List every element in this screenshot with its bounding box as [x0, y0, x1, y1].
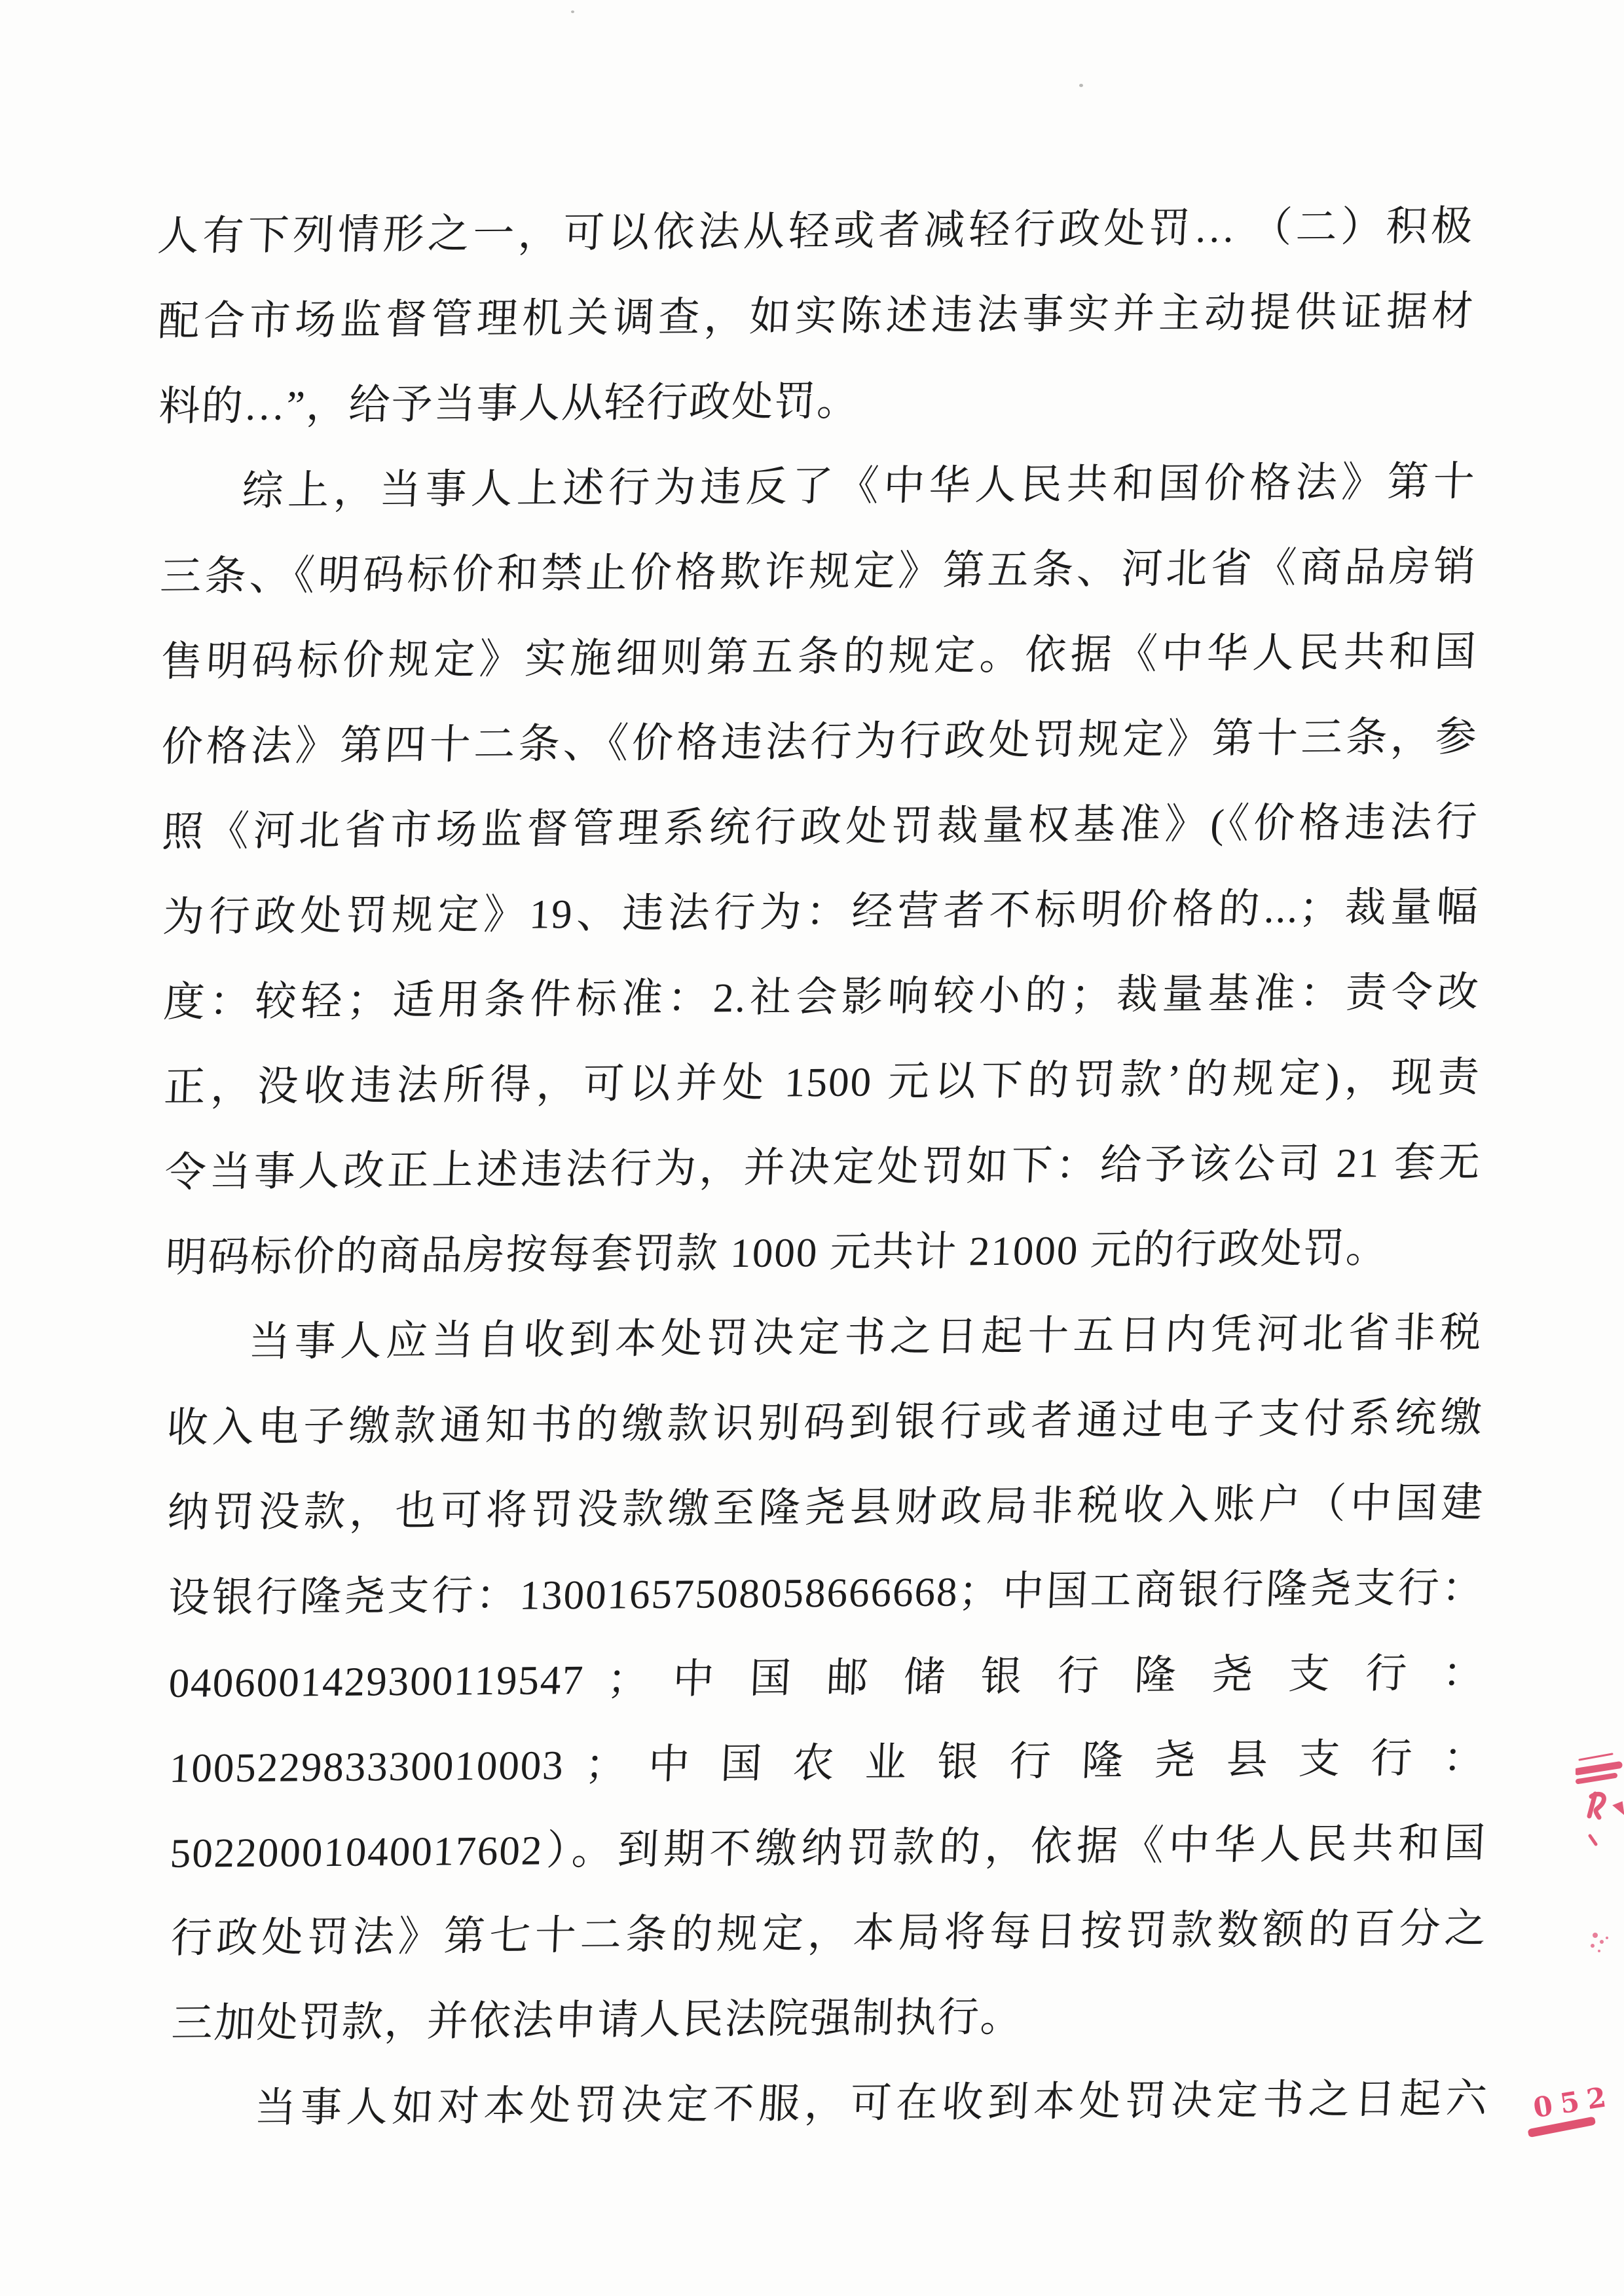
text-line: 度：较轻；适用条件标准：2.社会影响较小的；裁量基准：责令改: [162, 949, 1482, 1045]
scan-speck: [571, 10, 574, 13]
text-line: 0406001429300119547 ； 中 国 邮 储 银 行 隆 尧 支 …: [167, 1630, 1487, 1726]
page-number-stamp: 052: [1531, 2079, 1622, 2136]
text-line: 价格法》第四十二条、《价格违法行为行政处罚规定》第十三条，参: [160, 694, 1480, 790]
page-number: 052: [1531, 2079, 1620, 2124]
text-line: 正，没收违法所得，可以并处 1500 元以下的罚款’的规定)，现责: [162, 1034, 1483, 1130]
text-line: 设银行隆尧支行：13001657508058666668；中国工商银行隆尧支行：: [166, 1545, 1486, 1641]
text-line: 综上，当事人上述行为违反了《中华人民共和国价格法》第十: [158, 439, 1478, 534]
text-line: 收入电子缴款通知书的缴款识别码到银行或者通过电子支付系统缴: [165, 1375, 1485, 1470]
text-line: 为行政处罚规定》19、违法行为：经营者不标明价格的...；裁量幅: [161, 864, 1481, 960]
text-line: 明码标价的商品房按每套罚款 1000 元共计 21000 元的行政处罚。: [164, 1205, 1484, 1300]
text-line: 售明码标价规定》实施细则第五条的规定。依据《中华人民共和国: [159, 609, 1479, 704]
text-line: 当事人如对本处罚决定不服，可在收到本处罚决定书之日起六: [170, 2056, 1490, 2151]
text-line: 令当事人改正上述违法行为，并决定处罚如下：给予该公司 21 套无: [163, 1120, 1483, 1215]
text-line: 三条、《明码标价和禁止价格欺诈规定》第五条、河北省《商品房销: [158, 524, 1479, 619]
text-line: 行政处罚法》第七十二条的规定，本局将每日按罚款数额的百分之: [169, 1886, 1489, 1981]
text-line: 人有下列情形之一，可以依法从轻或者减轻行政处罚… （二）积极: [156, 183, 1476, 279]
document-body: 人有下列情形之一，可以依法从轻或者减轻行政处罚… （二）积极 配合市场监督管理机…: [157, 183, 1488, 2151]
text-line: 三加处罚款，并依法申请人民法院强制执行。: [170, 1971, 1490, 2066]
red-seal-fragment-icon: [1576, 1740, 1624, 1963]
text-line: 配合市场监督管理机关调查，如实陈述违法事实并主动提供证据材: [157, 268, 1477, 364]
scanned-document-page: 人有下列情形之一，可以依法从轻或者减轻行政处罚… （二）积极 配合市场监督管理机…: [0, 0, 1624, 2296]
text-line: 照《河北省市场监督管理系统行政处罚裁量权基准》(《价格违法行: [160, 779, 1481, 875]
text-line: 当事人应当自收到本处罚决定书之日起十五日内凭河北省非税: [164, 1290, 1485, 1385]
text-line: 料的…”，给予当事人从轻行政处罚。: [157, 354, 1477, 449]
scan-speck: [1079, 84, 1083, 87]
text-line: 100522983330010003 ； 中 国 农 业 银 行 隆 尧 县 支…: [168, 1715, 1488, 1811]
text-line: 纳罚没款，也可将罚没款缴至隆尧县财政局非税收入账户（中国建: [166, 1460, 1486, 1556]
text-line: 50220001040017602）。到期不缴纳罚款的，依据《中华人民共和国: [168, 1800, 1488, 1896]
